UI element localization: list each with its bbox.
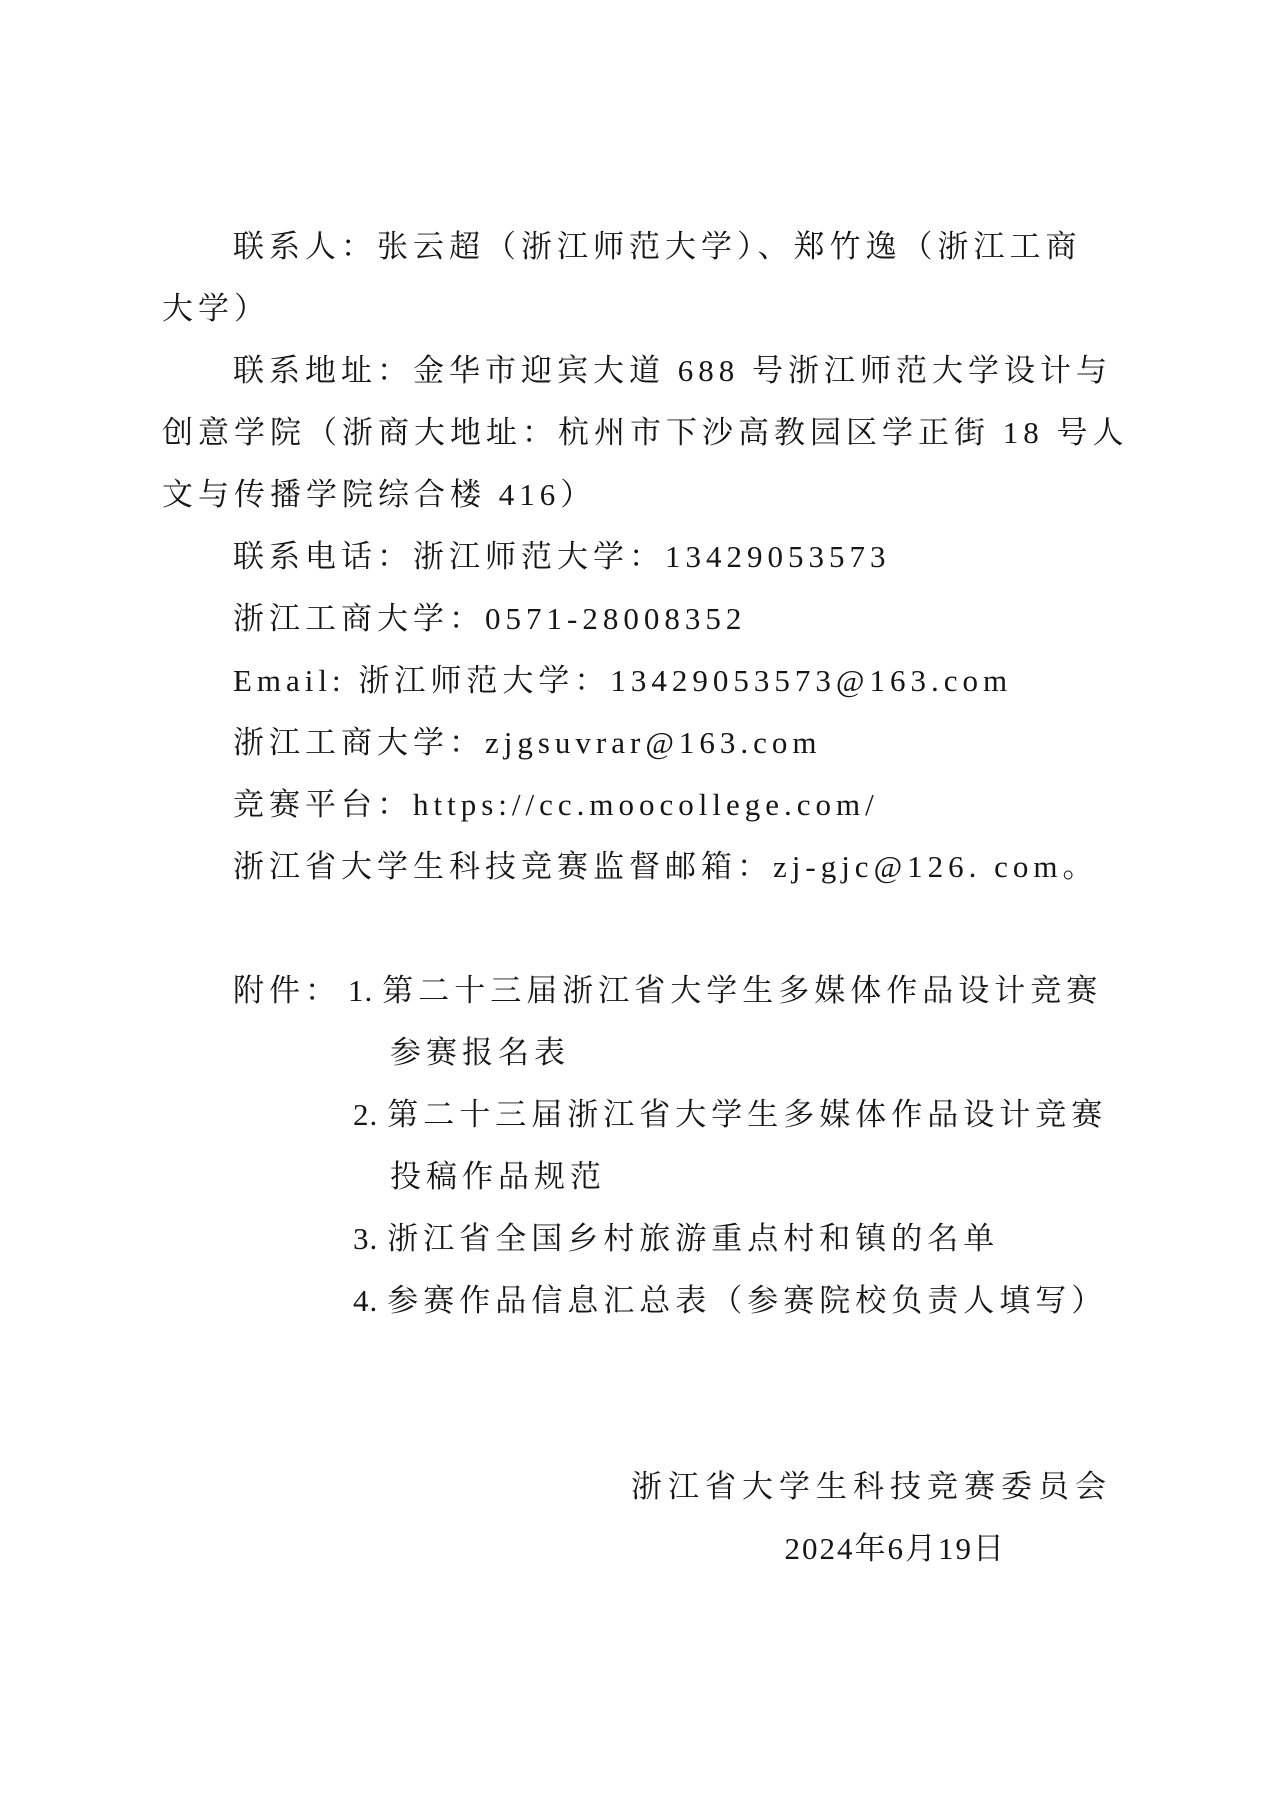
contact-line: 联系地址：金华市迎宾大道 688 号浙江师范大学设计与 [162,340,1118,402]
contact-line: 大学） [162,278,1118,340]
contact-line: 浙江工商大学：zjgsuvrar@163.com [162,712,1118,774]
contact-line: 创意学院（浙商大地址：杭州市下沙高教园区学正街 18 号人 [162,402,1118,464]
attachment-item-continuation: 投稿作品规范 [162,1146,1118,1208]
attachment-item-number: 4. [353,1270,378,1332]
contact-line: 竞赛平台：https://cc.moocollege.com/ [162,774,1118,836]
attachment-item-number: 1. [348,960,373,1022]
contact-line: 联系电话：浙江师范大学：13429053573 [162,526,1118,588]
attachment-item-number: 3. [353,1208,378,1270]
document-page: { "page": { "background": "#ffffff", "te… [0,0,1280,1810]
attachment-item-continuation: 参赛报名表 [162,1022,1118,1084]
attachment-item: 附件：1.第二十三届浙江省大学生多媒体作品设计竞赛 [162,960,1118,1022]
attachment-item-number: 2. [353,1084,378,1146]
attachment-item: 3.浙江省全国乡村旅游重点村和镇的名单 [162,1208,1118,1270]
signature-organization: 浙江省大学生科技竞赛委员会 [0,1456,1280,1518]
attachment-item: 2.第二十三届浙江省大学生多媒体作品设计竞赛 [162,1084,1118,1146]
attachment-item-text: 第二十三届浙江省大学生多媒体作品设计竞赛 [387,1097,1107,1132]
contact-line: 文与传播学院综合楼 416） [162,464,1118,526]
contact-line: 浙江省大学生科技竞赛监督邮箱：zj-gjc@126. com。 [162,836,1118,898]
attachment-label: 附件： [162,973,341,1008]
attachment-section: 附件：1.第二十三届浙江省大学生多媒体作品设计竞赛 参赛报名表 2.第二十三届浙… [162,960,1118,1332]
signature-date: 2024年6月19日 [0,1518,1280,1580]
attachment-item-text: 浙江省全国乡村旅游重点村和镇的名单 [387,1221,999,1256]
contact-line: 联系人：张云超（浙江师范大学）、郑竹逸（浙江工商 [162,216,1118,278]
attachment-item: 4.参赛作品信息汇总表（参赛院校负责人填写） [162,1270,1118,1332]
contact-line: Email: 浙江师范大学：13429053573@163.com [162,650,1118,712]
attachment-item-text: 参赛作品信息汇总表（参赛院校负责人填写） [387,1283,1107,1318]
document-body: 联系人：张云超（浙江师范大学）、郑竹逸（浙江工商 大学） 联系地址：金华市迎宾大… [162,216,1118,1332]
attachment-item-text: 第二十三届浙江省大学生多媒体作品设计竞赛 [382,973,1102,1008]
contact-line: 浙江工商大学：0571-28008352 [162,588,1118,650]
